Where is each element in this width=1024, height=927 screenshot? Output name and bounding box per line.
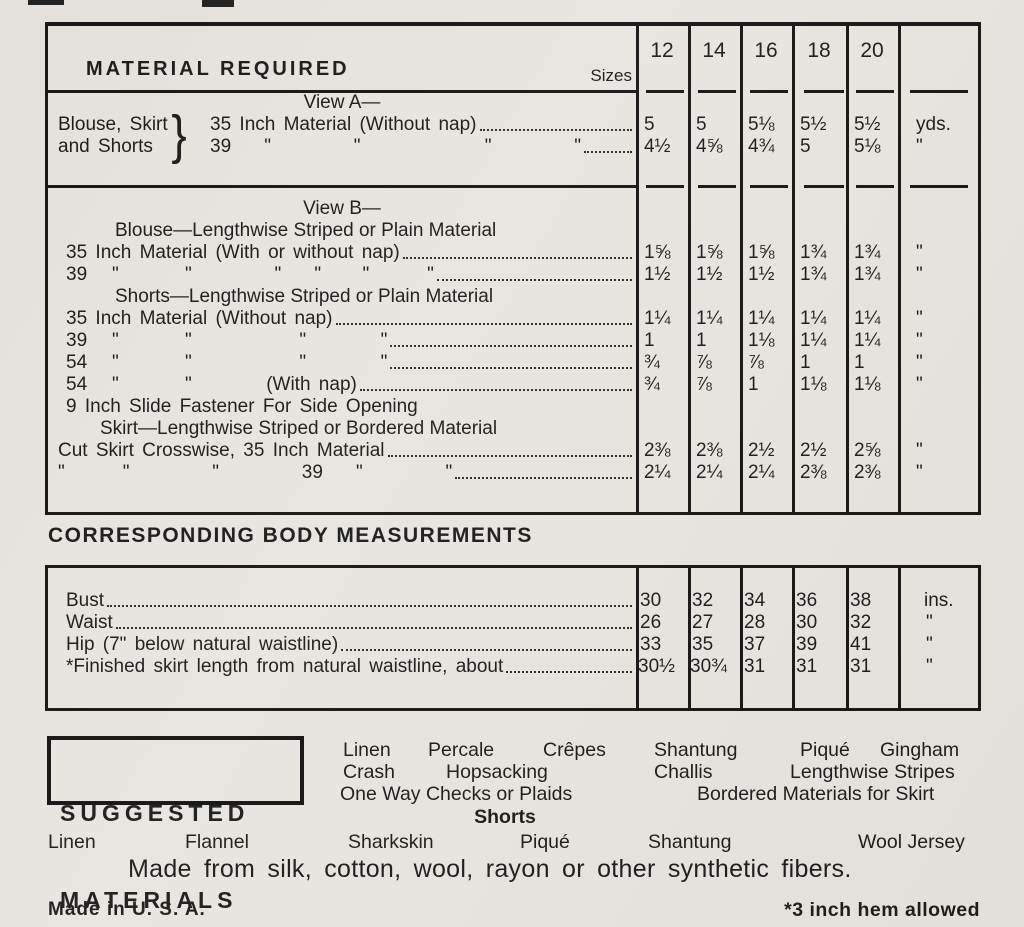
shorts-heading: Shorts (455, 806, 555, 828)
section-rule-dash (910, 185, 968, 188)
yardage-value: 1¼ (636, 308, 688, 330)
header-rule-dash (646, 90, 684, 93)
yardage-value: 1¼ (740, 308, 792, 330)
row-label: 35 Inch Material (Without nap) (66, 308, 333, 330)
table-title: MATERIAL REQUIRED (86, 58, 350, 81)
header-rule-dash (804, 90, 844, 93)
row-label: *Finished skirt length from natural wais… (66, 656, 503, 678)
dot-leader (336, 308, 632, 325)
size-header: 18 (792, 38, 846, 64)
size-header: 16 (740, 38, 792, 64)
row-label: " " " 39 " " (58, 462, 452, 484)
row-prefix: and Shorts (58, 136, 166, 158)
table-row: " " " 39 " " 2¼ 2¼ 2¼ 2⅜ 2⅜ " (48, 462, 978, 484)
row-label: 39 " " " " (66, 330, 387, 352)
yardage-value: ⅞ (740, 352, 792, 374)
dot-leader (506, 656, 632, 673)
table-row: 54 " " " " ¾ ⅞ ⅞ 1 1 " (48, 352, 978, 374)
yardage-value: 1¾ (846, 242, 898, 264)
yardage-value: 5½ (846, 114, 898, 136)
shorts-material-item: Wool Jersey (858, 831, 965, 853)
hem-allowance-note: *3 inch hem allowed (784, 899, 980, 922)
material-item: Piqué (800, 739, 850, 761)
yardage-value: 1¼ (846, 330, 898, 352)
yardage-value: 5 (792, 136, 846, 158)
body-measurements-table: Bust 30 32 34 36 38 ins. Waist 26 27 28 … (45, 565, 981, 711)
unit-cell: " (898, 612, 972, 634)
table-row: Waist 26 27 28 30 32 " (48, 612, 978, 634)
material-item: Challis (654, 761, 713, 783)
section-rule-dash (698, 185, 736, 188)
yardage-value: 1 (792, 352, 846, 374)
sizes-label: Sizes (488, 66, 632, 86)
header-rule-dash (910, 90, 968, 93)
yardage-value: 1⅛ (740, 330, 792, 352)
made-in-usa-label: Made in U. S. A. (48, 899, 206, 921)
table-row: 35 Inch Material (Without nap) 1¼ 1¼ 1¼ … (48, 308, 978, 330)
size-header: 12 (636, 38, 688, 64)
measurement-value: 38 (846, 590, 898, 612)
measurement-value: 28 (740, 612, 792, 634)
yardage-value: 2¼ (636, 462, 688, 484)
section-rule-dash (856, 185, 894, 188)
table-row: Bust 30 32 34 36 38 ins. (48, 590, 978, 612)
dot-leader (388, 440, 633, 457)
measurement-value: 30 (636, 590, 688, 612)
size-header-row: 12 14 16 18 20 (636, 38, 898, 64)
yardage-value: 5½ (792, 114, 846, 136)
measurement-value: 31 (740, 656, 792, 678)
measurement-value: 41 (846, 634, 898, 656)
measurement-value: 33 (636, 634, 688, 656)
row-label: Waist (66, 612, 113, 634)
unit-cell: " (898, 242, 972, 264)
row-label: 54 " " (With nap) (66, 374, 357, 396)
unit-cell: " (898, 308, 972, 330)
size-header: 20 (846, 38, 898, 64)
material-item: Hopsacking (446, 761, 548, 783)
dot-leader (403, 242, 632, 259)
row-label: Cut Skirt Crosswise, 35 Inch Material (58, 440, 385, 462)
unit-cell: " (898, 264, 972, 286)
suggested-materials-box: SUGGESTED MATERIALS (47, 736, 304, 805)
row-label: 39 " " " " (210, 136, 581, 158)
measurement-value: 37 (740, 634, 792, 656)
material-item: Shantung (654, 739, 738, 761)
table-row: *Finished skirt length from natural wais… (48, 656, 978, 678)
yardage-value: 1 (740, 374, 792, 396)
section-rule (48, 185, 636, 188)
shorts-material-item: Sharkskin (348, 831, 434, 853)
yardage-value: 1¼ (792, 330, 846, 352)
unit-cell: " (898, 634, 972, 656)
table-row: Cut Skirt Crosswise, 35 Inch Material 2⅜… (48, 440, 978, 462)
table-row: 39 " " " " 1 1 1⅛ 1¼ 1¼ " (48, 330, 978, 352)
shorts-material-item: Linen (48, 831, 96, 853)
table-row: 39 " " " " " " 1½ 1½ 1½ 1¾ 1¾ " (48, 264, 978, 286)
yardage-value: 1⅝ (740, 242, 792, 264)
measurement-value: 26 (636, 612, 688, 634)
unit-cell: " (898, 462, 972, 484)
yardage-value: 1½ (740, 264, 792, 286)
fibers-note: Made from silk, cotton, wool, rayon or o… (128, 855, 852, 884)
measurement-value: 36 (792, 590, 846, 612)
row-label: 54 " " " " (66, 352, 387, 374)
skirt-subheading: Skirt—Lengthwise Striped or Bordered Mat… (100, 418, 497, 440)
table-row: Blouse, Skirt35 Inch Material (Without n… (48, 114, 978, 136)
dot-leader (116, 612, 632, 629)
yardage-value: 1½ (636, 264, 688, 286)
section-rule-dash (804, 185, 844, 188)
measurement-value: 30½ (636, 656, 688, 678)
material-required-table: MATERIAL REQUIRED Sizes 12 14 16 18 20 V… (45, 22, 981, 515)
yardage-value: 1 (846, 352, 898, 374)
unit-cell: " (898, 136, 972, 158)
dot-leader (360, 374, 632, 391)
scan-artifact (202, 0, 234, 7)
dot-leader (437, 264, 632, 281)
yardage-value: 2⅜ (792, 462, 846, 484)
dot-leader (584, 136, 632, 153)
material-item: Crash (343, 761, 395, 783)
blouse-subheading: Blouse—Lengthwise Striped or Plain Mater… (115, 220, 496, 242)
material-item: Lengthwise Stripes (790, 761, 955, 783)
view-a-heading: View A— (48, 92, 636, 114)
yardage-value: 1¼ (688, 308, 740, 330)
shorts-material-item: Flannel (185, 831, 249, 853)
section-rule-dash (646, 185, 684, 188)
yardage-value: 5⅛ (846, 136, 898, 158)
yardage-value: 1¾ (792, 242, 846, 264)
measurement-value: 30 (792, 612, 846, 634)
row-label: Bust (66, 590, 104, 612)
yardage-value: 1½ (688, 264, 740, 286)
material-item: Percale (428, 739, 494, 761)
measurement-value: 31 (846, 656, 898, 678)
yardage-value: 2½ (792, 440, 846, 462)
yardage-value: 4½ (636, 136, 688, 158)
material-item: Crêpes (543, 739, 606, 761)
yardage-value: 1¼ (792, 308, 846, 330)
dot-leader (107, 590, 632, 607)
yardage-value: ⅞ (688, 374, 740, 396)
pattern-sheet-page: MATERIAL REQUIRED Sizes 12 14 16 18 20 V… (0, 0, 1024, 927)
header-rule-dash (750, 90, 788, 93)
yardage-value: 2½ (740, 440, 792, 462)
yardage-value: 4⅝ (688, 136, 740, 158)
measurement-value: 39 (792, 634, 846, 656)
unit-cell: " (898, 656, 972, 678)
yardage-value: 1¼ (846, 308, 898, 330)
table-row: 9 Inch Slide Fastener For Side Opening (48, 396, 978, 418)
yardage-value: 1 (688, 330, 740, 352)
material-item: Linen (343, 739, 391, 761)
row-label: Hip (7" below natural waistline) (66, 634, 338, 656)
header-rule-dash (698, 90, 736, 93)
table-row: 54 " " (With nap) ¾ ⅞ 1 1⅛ 1⅛ " (48, 374, 978, 396)
yardage-value: 4¾ (740, 136, 792, 158)
yardage-value: 2⅜ (846, 462, 898, 484)
table-row: 35 Inch Material (With or without nap) 1… (48, 242, 978, 264)
yardage-value: 1¾ (792, 264, 846, 286)
table-row: and Shorts39 " " " " 4½ 4⅝ 4¾ 5 5⅛ " (48, 136, 978, 158)
view-b-heading: View B— (48, 198, 636, 220)
row-label: 9 Inch Slide Fastener For Side Opening (66, 396, 418, 418)
dot-leader (390, 352, 632, 369)
unit-cell: yds. (898, 114, 972, 136)
yardage-value: 5 (636, 114, 688, 136)
yardage-value: ¾ (636, 352, 688, 374)
measurement-value: 30¾ (688, 656, 740, 678)
unit-cell: " (898, 352, 972, 374)
body-measurements-heading: CORRESPONDING BODY MEASUREMENTS (48, 524, 533, 548)
unit-cell: " (898, 440, 972, 462)
dot-leader (455, 462, 632, 479)
yardage-value: 1¾ (846, 264, 898, 286)
row-label: 39 " " " " " " (66, 264, 434, 286)
yardage-value: 1⅝ (688, 242, 740, 264)
shorts-subheading: Shorts—Lengthwise Striped or Plain Mater… (115, 286, 493, 308)
suggested-box-line: SUGGESTED (60, 799, 300, 828)
row-prefix: Blouse, Skirt (58, 114, 166, 136)
header-rule-dash (856, 90, 894, 93)
unit-cell: " (898, 374, 972, 396)
measurement-value: 32 (688, 590, 740, 612)
scan-artifact (28, 0, 64, 5)
material-item: Gingham (880, 739, 959, 761)
yardage-value: ⅞ (688, 352, 740, 374)
yardage-value: 1⅝ (636, 242, 688, 264)
table-row: Hip (7" below natural waistline) 33 35 3… (48, 634, 978, 656)
yardage-value: 2¼ (688, 462, 740, 484)
row-label: 35 Inch Material (Without nap) (210, 114, 477, 136)
row-label: 35 Inch Material (With or without nap) (66, 242, 400, 264)
measurement-value: 34 (740, 590, 792, 612)
measurement-value: 35 (688, 634, 740, 656)
unit-cell: ins. (898, 590, 972, 612)
dot-leader (341, 634, 632, 651)
shorts-material-item: Shantung (648, 831, 732, 853)
yardage-value: 1⅛ (792, 374, 846, 396)
yardage-value: 1 (636, 330, 688, 352)
unit-cell: " (898, 330, 972, 352)
measurement-value: 31 (792, 656, 846, 678)
yardage-value: ¾ (636, 374, 688, 396)
yardage-value: 5⅛ (740, 114, 792, 136)
yardage-value: 2⅝ (846, 440, 898, 462)
yardage-value: 2⅜ (688, 440, 740, 462)
yardage-value: 5 (688, 114, 740, 136)
yardage-value: 1⅛ (846, 374, 898, 396)
dot-leader (480, 114, 632, 131)
size-header: 14 (688, 38, 740, 64)
shorts-material-item: Piqué (520, 831, 570, 853)
measurement-value: 27 (688, 612, 740, 634)
section-rule-dash (750, 185, 788, 188)
measurement-value: 32 (846, 612, 898, 634)
yardage-value: 2⅜ (636, 440, 688, 462)
yardage-value: 2¼ (740, 462, 792, 484)
material-item: Bordered Materials for Skirt (697, 783, 934, 805)
material-item: One Way Checks or Plaids (340, 783, 572, 805)
dot-leader (390, 330, 632, 347)
